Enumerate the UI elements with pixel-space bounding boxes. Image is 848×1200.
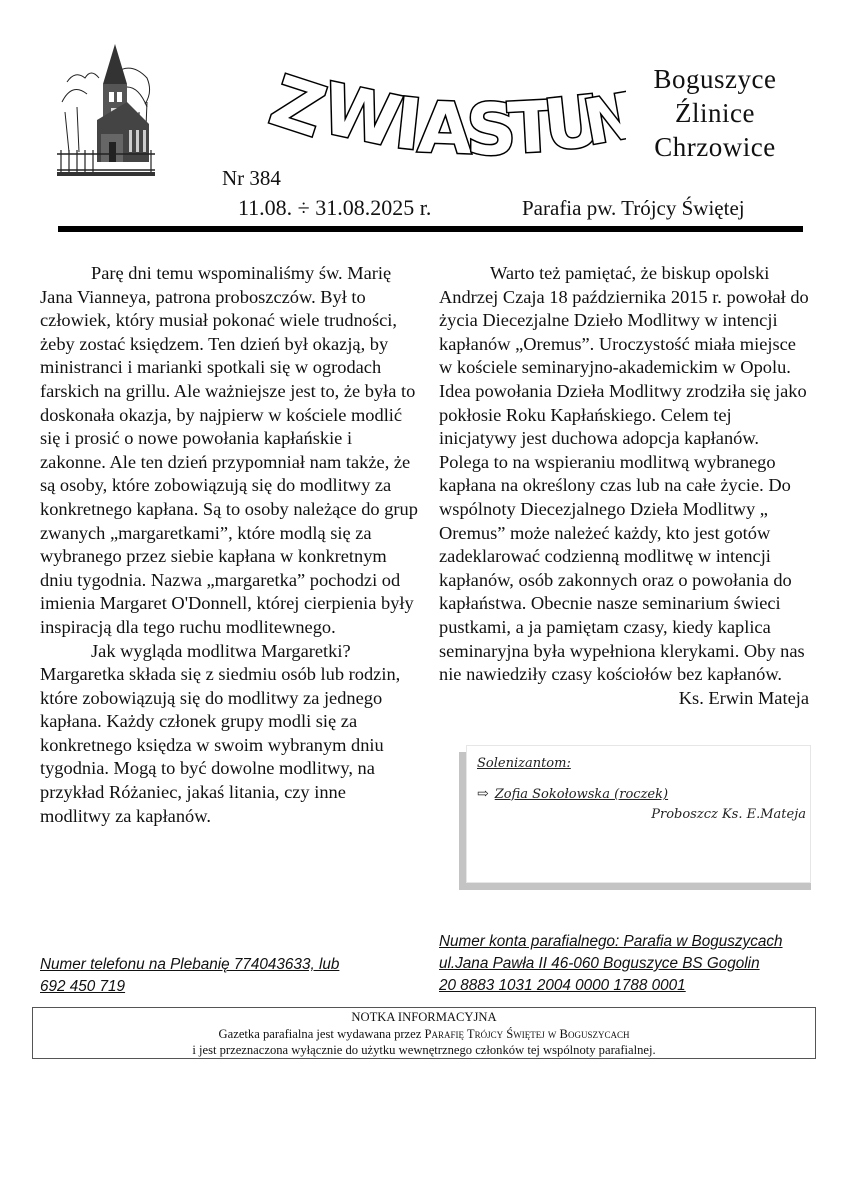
arrow-right-icon: ⇨ [477, 786, 489, 802]
account-line: 20 8883 1031 2004 0000 1788 0001 [439, 975, 783, 997]
article-right-column: Warto też pamiętać, że biskup opolski An… [439, 262, 811, 710]
phone-contact: Numer telefonu na Plebanię 774043633, lu… [40, 954, 339, 998]
account-line: Numer konta parafialnego: Parafia w Bogu… [439, 931, 783, 953]
newsletter-title-logo: Z W I A S T U N [266, 48, 626, 168]
notice-text: Gazetka parafialna jest wydawana przez [219, 1027, 425, 1041]
notice-line-2: i jest przeznaczona wyłącznie do użytku … [33, 1042, 815, 1059]
place-name: Chrzowice [640, 130, 790, 164]
parish-name: Parafia pw. Trójcy Świętej [522, 196, 745, 221]
notice-line-1: Gazetka parafialna jest wydawana przez P… [33, 1026, 815, 1043]
phone-line: Numer telefonu na Plebanię 774043633, lu… [40, 954, 339, 976]
celebrant-name: Zofia Sokołowska (roczek) [495, 787, 668, 802]
issue-dates: 11.08. ÷ 31.08.2025 r. [238, 195, 431, 221]
article-paragraph: Jak wygląda modlitwa Margaretki? Margare… [40, 640, 418, 829]
account-line: ul.Jana Pawła II 46-060 Boguszyce BS Gog… [439, 953, 783, 975]
places-list: Boguszyce Źlinice Chrzowice [640, 62, 790, 164]
issue-number: Nr 384 [222, 166, 281, 191]
solenizantom-title: Solenizantom: [477, 756, 571, 771]
article-paragraph: Warto też pamiętać, że biskup opolski An… [439, 262, 811, 687]
place-name: Źlinice [640, 96, 790, 130]
solenizantom-entry: ⇨Zofia Sokołowska (roczek) [477, 786, 668, 802]
solenizantom-box: Solenizantom: ⇨Zofia Sokołowska (roczek)… [466, 745, 811, 883]
notice-title: NOTKA INFORMACYJNA [33, 1009, 815, 1026]
solenizantom-signature: Proboszcz Ks. E.Mateja [651, 807, 806, 822]
article-signature: Ks. Erwin Mateja [439, 687, 811, 711]
header-divider [58, 226, 803, 232]
info-notice-box: NOTKA INFORMACYJNA Gazetka parafialna je… [32, 1007, 816, 1059]
article-left-column: Parę dni temu wspominaliśmy św. Marię Ja… [40, 262, 418, 828]
phone-line: 692 450 719 [40, 976, 339, 998]
bank-account-contact: Numer konta parafialnego: Parafia w Bogu… [439, 931, 783, 997]
article-paragraph: Parę dni temu wspominaliśmy św. Marię Ja… [40, 262, 418, 640]
church-logo-icon [57, 42, 155, 177]
place-name: Boguszyce [640, 62, 790, 96]
parish-name-smallcaps: Parafię Trójcy Świętej w Boguszycach [424, 1027, 629, 1041]
